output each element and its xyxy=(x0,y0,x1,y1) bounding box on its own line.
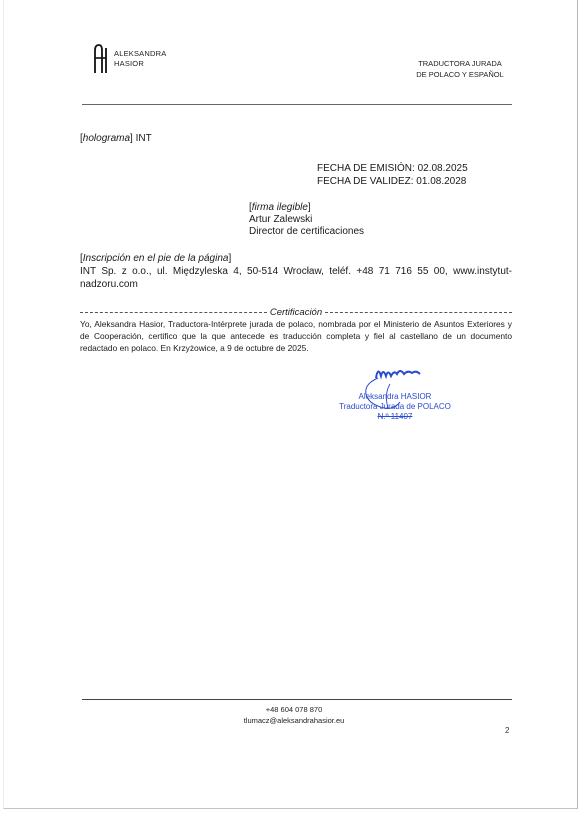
inscription-annotation-line: [Inscripción en el pie de la página] xyxy=(80,252,512,265)
brand-logo: ALEKSANDRA HASIOR xyxy=(92,44,166,74)
hologram-annotation: holograma xyxy=(83,133,130,144)
certification-title: Certificación xyxy=(270,307,322,318)
hologram-line: [holograma] INT xyxy=(80,133,152,145)
monogram-ah-icon xyxy=(92,44,108,74)
signatory-name: Artur Zalewski xyxy=(249,214,364,226)
signatory-role: Director de certificaciones xyxy=(249,226,364,238)
page-footer: +48 604 078 870 tlumacz@aleksandrahasior… xyxy=(204,704,384,726)
logo-last-name: HASIOR xyxy=(114,59,166,69)
certification-heading: Certificación xyxy=(80,307,512,318)
dashed-rule-left xyxy=(80,312,267,313)
validity-date-value: 01.08.2028 xyxy=(416,176,466,187)
inscription-text: INT Sp. z o.o., ul. Międzyleska 4, 50-51… xyxy=(80,265,512,291)
inscription-block: [Inscripción en el pie de la página] INT… xyxy=(80,252,512,291)
issue-date: FECHA DE EMISIÓN: 02.08.2025 xyxy=(317,162,468,175)
header-divider xyxy=(82,104,512,105)
stamp-number: N.º 11407 xyxy=(334,412,456,422)
issue-date-label: FECHA DE EMISIÓN: xyxy=(317,163,415,174)
page-number: 2 xyxy=(505,726,509,735)
validity-date: FECHA DE VALIDEZ: 01.08.2028 xyxy=(317,175,468,188)
dates-block: FECHA DE EMISIÓN: 02.08.2025 FECHA DE VA… xyxy=(317,162,468,188)
signatory-block: [firma ilegible] Artur Zalewski Director… xyxy=(249,202,364,238)
dashed-rule-right xyxy=(325,312,512,313)
translator-title: TRADUCTORA JURADA DE POLACO Y ESPAÑOL xyxy=(400,58,520,80)
issue-date-value: 02.08.2025 xyxy=(418,163,468,174)
document-page: ALEKSANDRA HASIOR TRADUCTORA JURADA DE P… xyxy=(3,0,578,809)
footer-divider xyxy=(82,699,512,700)
handwritten-signature-icon xyxy=(354,364,434,412)
inscription-annotation: Inscripción en el pie de la página xyxy=(83,253,229,264)
translator-title-line1: TRADUCTORA JURADA xyxy=(400,58,520,69)
validity-date-label: FECHA DE VALIDEZ: xyxy=(317,176,414,187)
translator-title-line2: DE POLACO Y ESPAÑOL xyxy=(400,69,520,80)
signature-annotation-line: [firma ilegible] xyxy=(249,202,364,214)
logo-wordmark: ALEKSANDRA HASIOR xyxy=(114,49,166,69)
hologram-text: INT xyxy=(136,133,152,144)
logo-first-name: ALEKSANDRA xyxy=(114,49,166,59)
signature-annotation: firma ilegible xyxy=(252,202,308,213)
footer-phone: +48 604 078 870 xyxy=(204,704,384,715)
certification-text: Yo, Aleksandra Hasior, Traductora-Intérp… xyxy=(80,318,512,354)
translator-stamp: Aleksandra HASIOR Traductora Jurada de P… xyxy=(334,370,456,422)
footer-email: tlumacz@aleksandrahasior.eu xyxy=(204,715,384,726)
